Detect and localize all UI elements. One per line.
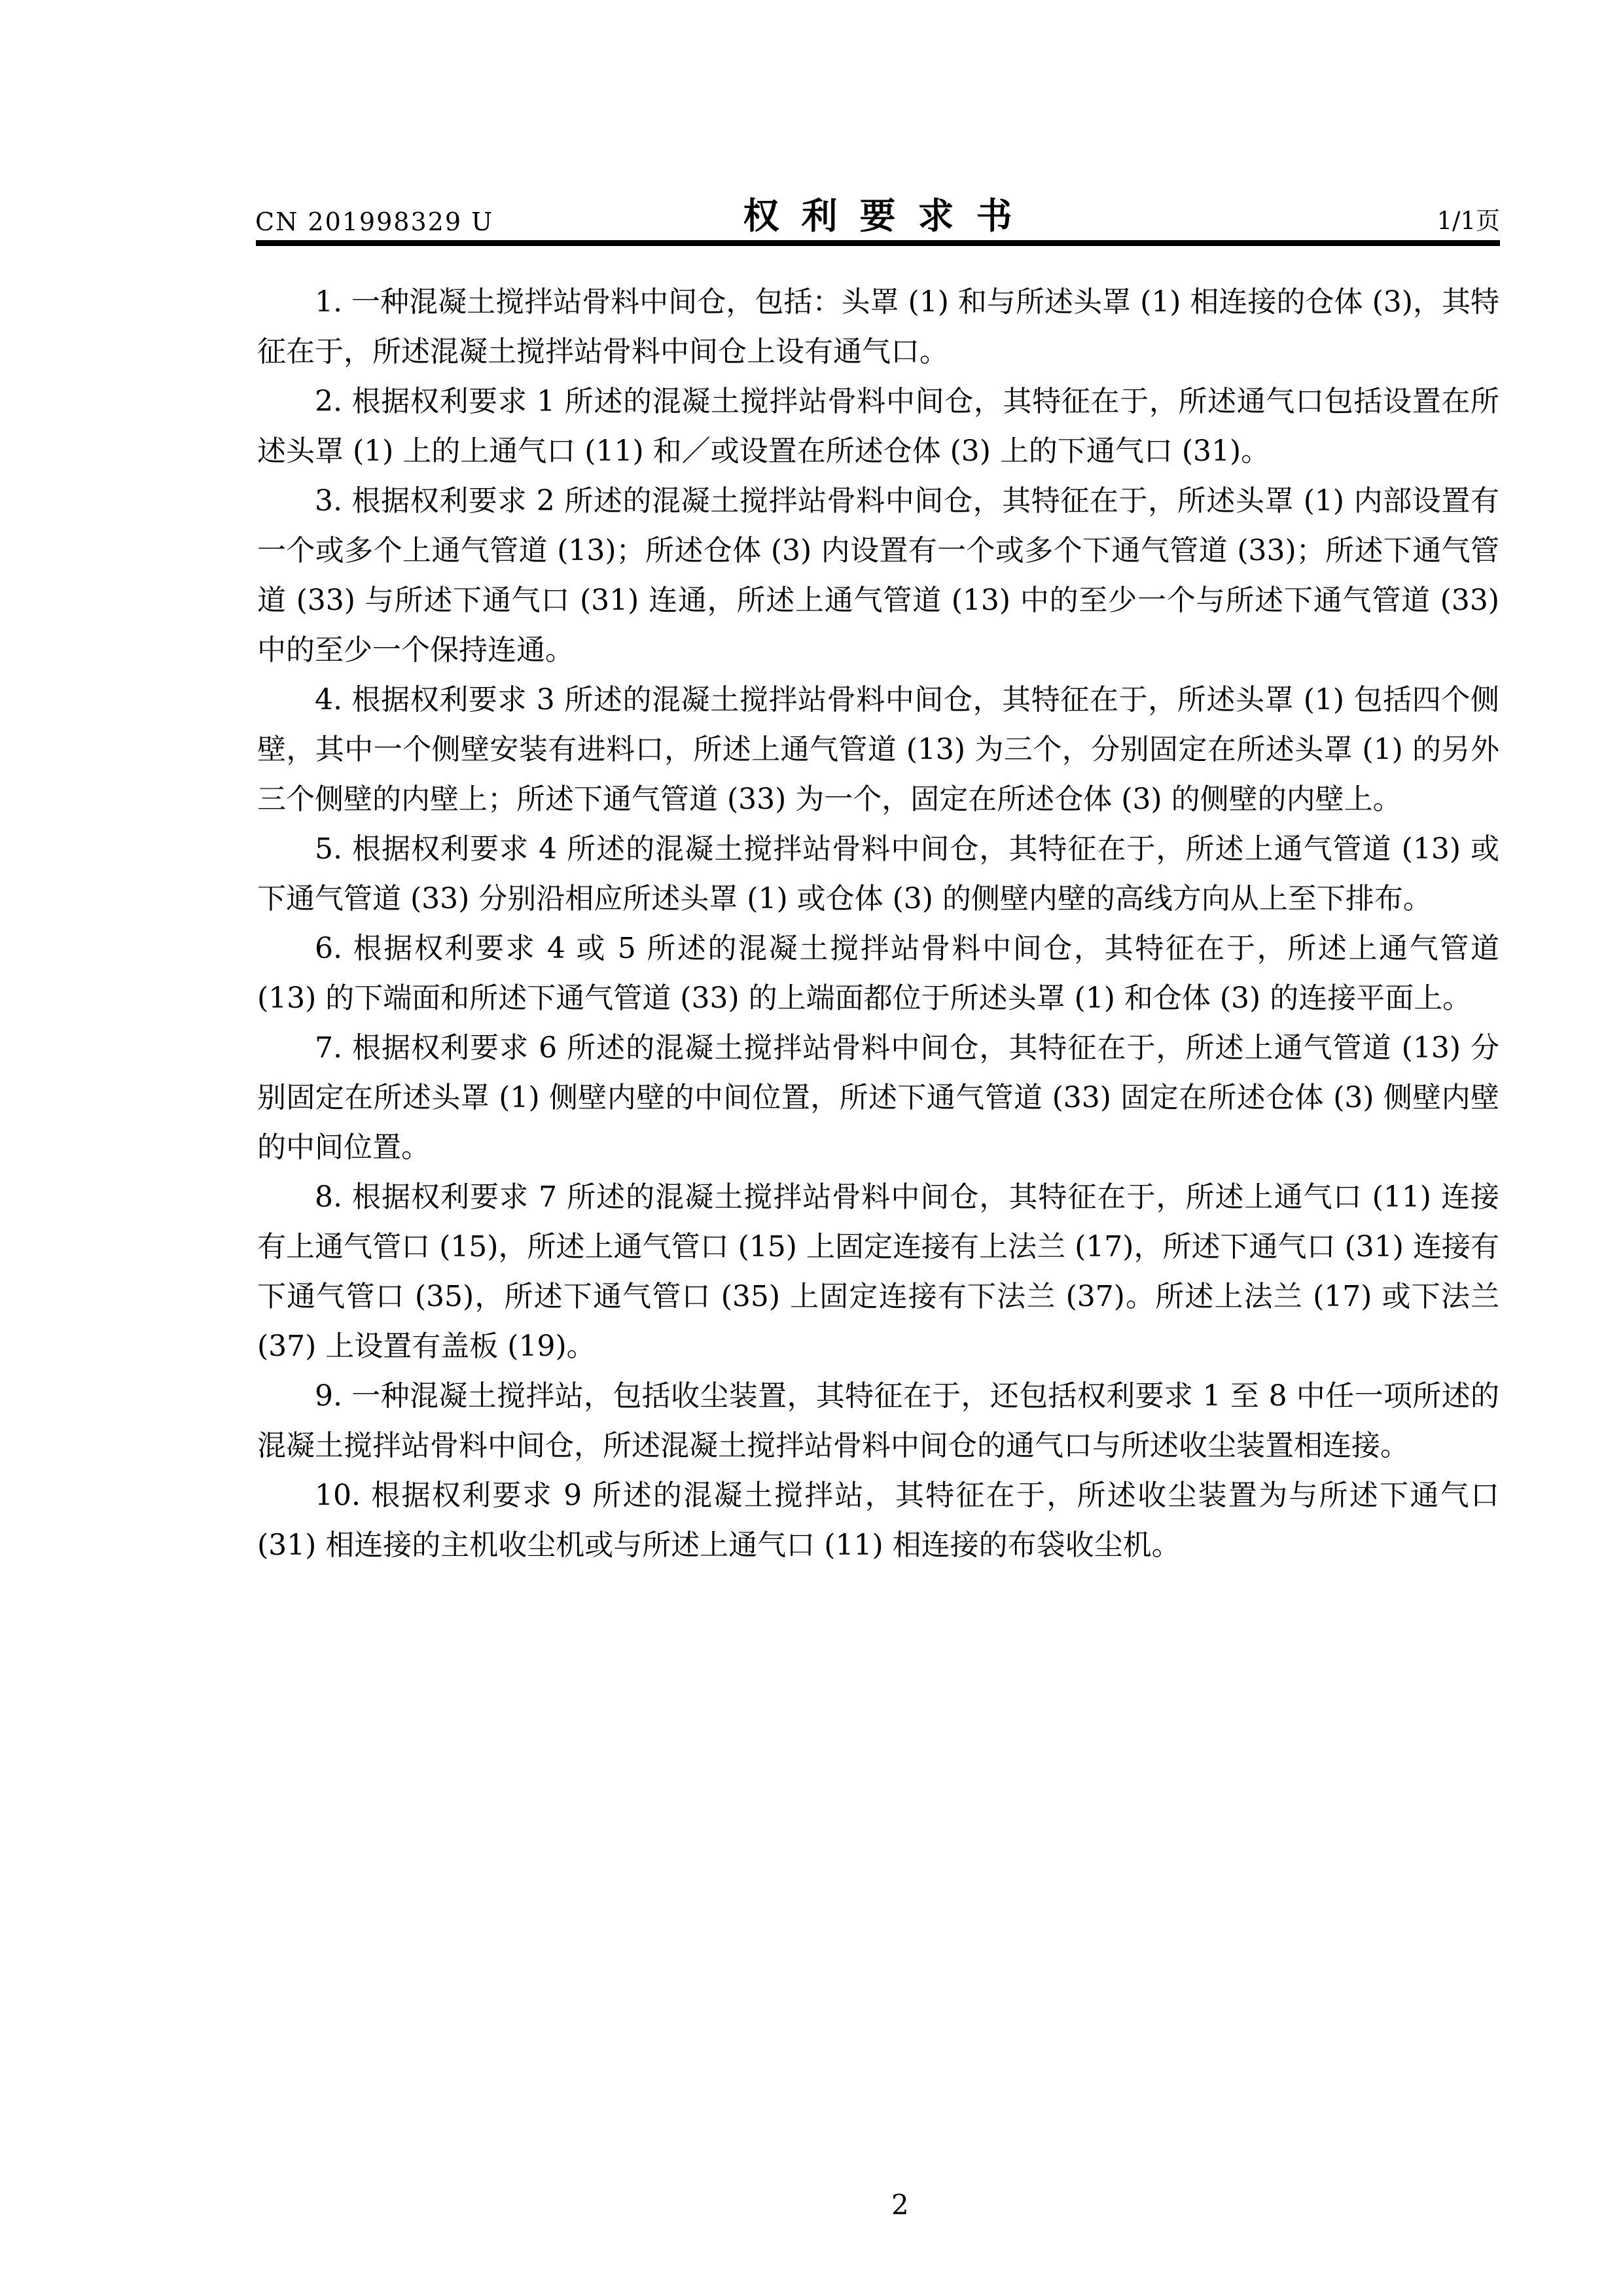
claim-paragraph: 6. 根据权利要求 4 或 5 所述的混凝土搅拌站骨料中间仓，其特征在于，所述上…	[257, 924, 1499, 1023]
claim-paragraph: 1. 一种混凝土搅拌站骨料中间仓，包括：头罩 (1) 和与所述头罩 (1) 相连…	[257, 277, 1499, 377]
sheet-indicator: 1/1页	[1436, 201, 1500, 236]
claim-paragraph: 9. 一种混凝土搅拌站，包括收尘装置，其特征在于，还包括权利要求 1 至 8 中…	[257, 1371, 1499, 1471]
claims-body: 1. 一种混凝土搅拌站骨料中间仓，包括：头罩 (1) 和与所述头罩 (1) 相连…	[257, 277, 1499, 1570]
page-title: 权利要求书	[721, 187, 1034, 239]
claim-paragraph: 8. 根据权利要求 7 所述的混凝土搅拌站骨料中间仓，其特征在于，所述上通气口 …	[257, 1173, 1499, 1371]
page-header: CN 201998329 U 权利要求书 1/1页	[255, 193, 1500, 239]
document-number: CN 201998329 U	[255, 207, 493, 236]
header-divider	[256, 240, 1500, 246]
page-number: 2	[891, 2189, 909, 2221]
claim-paragraph: 5. 根据权利要求 4 所述的混凝土搅拌站骨料中间仓，其特征在于，所述上通气管道…	[257, 824, 1499, 924]
claim-paragraph: 2. 根据权利要求 1 所述的混凝土搅拌站骨料中间仓，其特征在于，所述通气口包括…	[257, 377, 1499, 476]
patent-claims-page: CN 201998329 U 权利要求书 1/1页 1. 一种混凝土搅拌站骨料中…	[0, 0, 1623, 2296]
claim-paragraph: 7. 根据权利要求 6 所述的混凝土搅拌站骨料中间仓，其特征在于，所述上通气管道…	[257, 1023, 1499, 1173]
claim-paragraph: 4. 根据权利要求 3 所述的混凝土搅拌站骨料中间仓，其特征在于，所述头罩 (1…	[257, 675, 1499, 824]
claim-paragraph: 3. 根据权利要求 2 所述的混凝土搅拌站骨料中间仓，其特征在于，所述头罩 (1…	[257, 476, 1499, 675]
claim-paragraph: 10. 根据权利要求 9 所述的混凝土搅拌站，其特征在于，所述收尘装置为与所述下…	[257, 1471, 1499, 1570]
